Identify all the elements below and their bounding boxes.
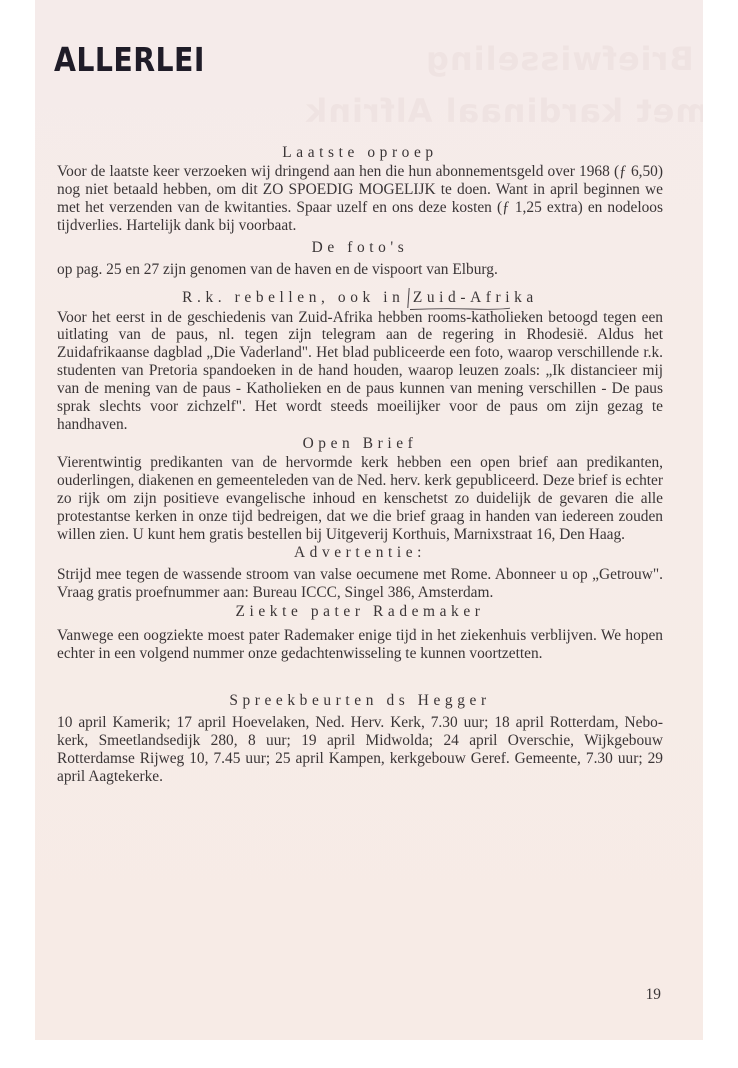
- section-body: Strijd mee tegen de wassende stroom van …: [57, 566, 663, 602]
- section-heading: Advertentie:: [57, 543, 663, 563]
- section-heading: De foto's: [57, 238, 663, 258]
- section-open-brief: Open Brief Vierentwintig predikanten van…: [57, 434, 663, 544]
- section-spreekbeurten: Spreekbeurten ds Hegger 10 april Kamerik…: [57, 691, 663, 786]
- article-column: Laatste oproep Voor de laatste keer verz…: [57, 143, 663, 786]
- section-de-fotos: De foto's op pag. 25 en 27 zijn genomen …: [57, 238, 663, 279]
- bleed-through-text: met kardinaal Alfrink: [305, 92, 703, 130]
- page-title: ALLERLEI: [54, 40, 205, 79]
- heading-text-marked: Zuid-Afrika: [413, 289, 538, 306]
- section-body: Voor het eerst in de geschiedenis van Zu…: [57, 309, 663, 434]
- section-body: 10 april Kamerik; 17 april Hoevelaken, N…: [57, 714, 663, 786]
- section-heading: Laatste oproep: [57, 143, 663, 163]
- pen-underline-mark: [410, 307, 510, 311]
- section-advertentie: Advertentie: Strijd mee tegen de wassend…: [57, 543, 663, 602]
- section-heading: Open Brief: [57, 434, 663, 454]
- bleed-through-text: Briefwisseling: [425, 40, 694, 78]
- section-heading: Spreekbeurten ds Hegger: [57, 691, 663, 711]
- section-heading: R.k. rebellen, ook in Zuid-Afrika: [57, 288, 663, 308]
- magazine-page: Briefwisseling met kardinaal Alfrink ALL…: [35, 0, 703, 1040]
- section-body: Vanwege een oogziekte moest pater Radema…: [57, 627, 663, 663]
- page-number: 19: [646, 986, 661, 1004]
- pen-marked-text: Zuid-Afrika: [413, 288, 538, 308]
- section-body: Vierentwintig predikanten van de hervorm…: [57, 454, 663, 544]
- section-body: Voor de laatste keer verzoeken wij dring…: [57, 163, 663, 235]
- heading-text: R.k. rebellen, ook in: [182, 289, 413, 306]
- section-body: op pag. 25 en 27 zijn genomen van de hav…: [57, 261, 663, 279]
- section-heading: Ziekte pater Rademaker: [57, 602, 663, 622]
- section-ziekte-pater-rademaker: Ziekte pater Rademaker Vanwege een oogzi…: [57, 602, 663, 663]
- section-rk-rebellen: R.k. rebellen, ook in Zuid-Afrika Voor h…: [57, 288, 663, 434]
- section-laatste-oproep: Laatste oproep Voor de laatste keer verz…: [57, 143, 663, 235]
